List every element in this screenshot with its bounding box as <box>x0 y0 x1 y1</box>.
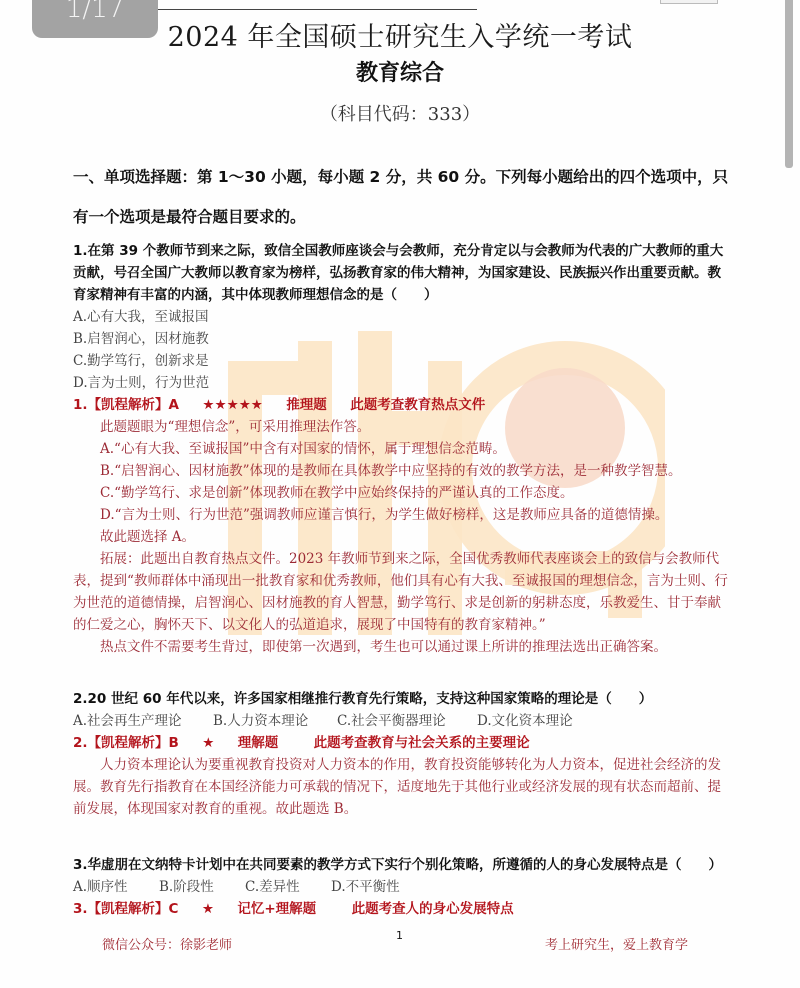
options-row: A.顺序性 B.阶段性 C.差异性 D.不平衡性 <box>73 876 733 898</box>
option-d: D.言为士则，行为世范 <box>73 372 733 394</box>
option-b: B.启智润心，因材施教 <box>73 328 733 350</box>
difficulty-stars-icon: ★ <box>202 735 214 751</box>
section-instruction: 一、单项选择题：第 1～30 小题，每小题 2 分，共 60 分。下列每小题给出… <box>73 157 733 237</box>
question-stem: 1.在第 39 个教师节到来之际，致信全国教师座谈会与会教师，充分肯定以与会教师… <box>73 240 733 306</box>
analysis-line: 故此题选择 A。 <box>73 526 733 548</box>
analysis-line: A.“心有大我、至诚报国”中含有对国家的情怀，属于理想信念范畴。 <box>73 438 733 460</box>
difficulty-stars-icon: ★★★★★ <box>202 397 263 413</box>
option-d: D.文化资本理论 <box>477 710 573 732</box>
analysis-line: C.“勤学笃行、求是创新”体现教师在教学中应始终保持的严谨认真的工作态度。 <box>73 482 733 504</box>
question-topic: 此题考查人的身心发展特点 <box>352 901 514 917</box>
question-3: 3.华虚朋在文纳特卡计划中在共同要素的教学方式下实行个别化策略，所遵循的人的身心… <box>73 854 733 920</box>
analysis-line: B.“启智润心、因材施教”体现的是教师在具体教学中应坚持的有效的教学方法，是一种… <box>73 460 733 482</box>
page-indicator: 1/17 <box>32 0 158 38</box>
footer-slogan: 考上研究生，爱上教育学 <box>545 934 688 953</box>
document-page: 1/17 2024 年全国硕士研究生入学统一考试 教育综合 （科目代码：333）… <box>0 0 800 988</box>
option-b: B.人力资本理论 <box>213 710 337 732</box>
option-a: A.顺序性 <box>73 876 159 898</box>
option-b: B.阶段性 <box>159 876 245 898</box>
difficulty-stars-icon: ★ <box>202 901 214 917</box>
question-topic: 此题考查教育与社会关系的主要理论 <box>314 735 530 751</box>
footer-wechat: 微信公众号：徐影老师 <box>102 934 232 953</box>
option-d: D.不平衡性 <box>331 876 400 898</box>
extension-paragraph: 拓展：此题出自教育热点文件。2023 年教师节到来之际，全国优秀教师代表座谈会上… <box>73 548 733 636</box>
question-1: 1.在第 39 个教师节到来之际，致信全国教师座谈会与会教师，充分肯定以与会教师… <box>73 240 733 658</box>
analysis-line: 此题题眼为“理想信念”，可采用推理法作答。 <box>73 416 733 438</box>
option-c: C.勤学笃行，创新求是 <box>73 350 733 372</box>
document-content: 1.在第 39 个教师节到来之际，致信全国教师座谈会与会教师，充分肯定以与会教师… <box>73 240 733 920</box>
option-c: C.社会平衡器理论 <box>337 710 477 732</box>
option-a: A.社会再生产理论 <box>73 710 213 732</box>
note-paragraph: 热点文件不需要考生背过，即使第一次遇到，考生也可以通过课上所讲的推理法选出正确答… <box>73 636 733 658</box>
question-topic: 此题考查教育热点文件 <box>350 397 485 413</box>
option-a: A.心有大我，至诚报国 <box>73 306 733 328</box>
answer-label: 1.【凯程解析】A <box>73 397 179 413</box>
answer-header: 1.【凯程解析】A ★★★★★ 推理题 此题考查教育热点文件 <box>73 394 733 416</box>
option-c: C.差异性 <box>245 876 331 898</box>
options-row: A.社会再生产理论 B.人力资本理论 C.社会平衡器理论 D.文化资本理论 <box>73 710 733 732</box>
question-type: 理解题 <box>238 735 279 751</box>
subject-title: 教育综合 <box>0 56 800 87</box>
question-stem: 3.华虚朋在文纳特卡计划中在共同要素的教学方式下实行个别化策略，所遵循的人的身心… <box>73 854 733 876</box>
analysis-line: D.“言为士则、行为世范”强调教师应谨言慎行，为学生做好榜样，这是教师应具备的道… <box>73 504 733 526</box>
answer-label: 3.【凯程解析】C <box>73 901 178 917</box>
question-type: 推理题 <box>286 397 327 413</box>
answer-header: 2.【凯程解析】B ★ 理解题 此题考查教育与社会关系的主要理论 <box>73 732 733 754</box>
question-stem: 2.20 世纪 60 年代以来，许多国家相继推行教育先行策略，支持这种国家策略的… <box>73 688 733 710</box>
analysis-paragraph: 人力资本理论认为要重视教育投资对人力资本的作用，教育投资能够转化为人力资本，促进… <box>73 754 733 820</box>
answer-header: 3.【凯程解析】C ★ 记忆+理解题 此题考查人的身心发展特点 <box>73 898 733 920</box>
header-logo <box>660 0 718 4</box>
question-2: 2.20 世纪 60 年代以来，许多国家相继推行教育先行策略，支持这种国家策略的… <box>73 688 733 820</box>
question-type: 记忆+理解题 <box>237 901 316 917</box>
answer-label: 2.【凯程解析】B <box>73 735 179 751</box>
footer-page-number: 1 <box>396 929 403 942</box>
subject-code: （科目代码：333） <box>0 100 800 126</box>
